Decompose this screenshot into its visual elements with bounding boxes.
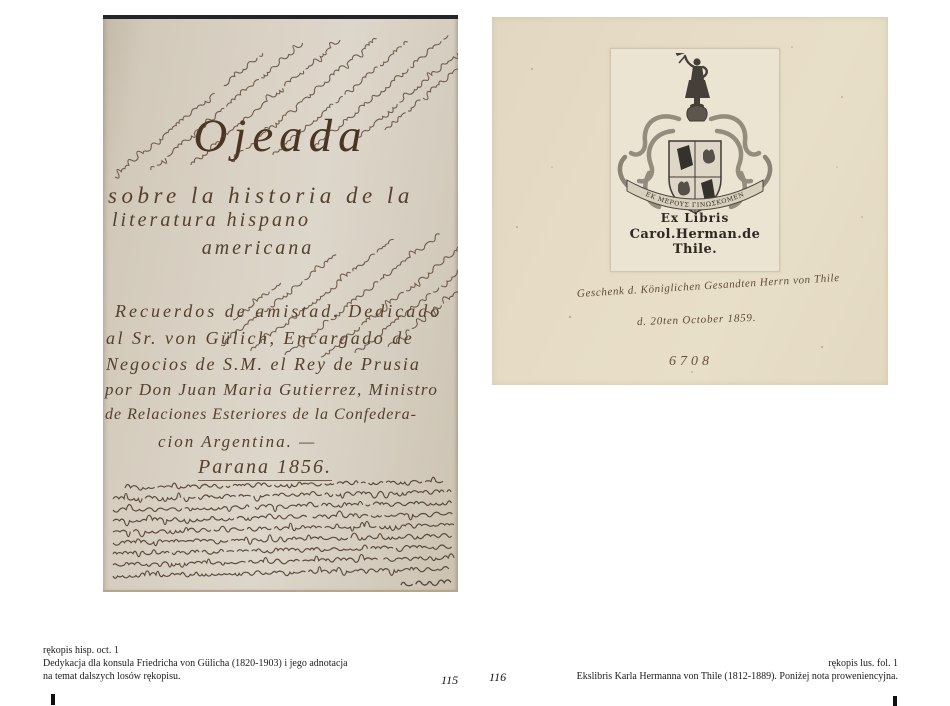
caption-right-text: Ekslibris Karla Hermanna von Thile (1812… — [577, 670, 898, 683]
shelf-number: 6708 — [669, 354, 713, 370]
middle-annotation-block — [219, 230, 458, 361]
coat-of-arms: ΕΚ ΜΕΡΟΥΣ ΓΙΝΩΣΚΟΜΕΝ — [615, 53, 775, 218]
bookplate: ΕΚ ΜΕΡΟΥΣ ΓΙΝΩΣΚΟΜΕΝ Ex Libris Carol.Her… — [610, 48, 780, 272]
top-annotation-block — [112, 33, 458, 180]
caption-left-shelfmark: rękopis hisp. oct. 1 — [43, 644, 348, 657]
charge-lion-2 — [678, 181, 690, 195]
page-number-116: 116 — [489, 670, 506, 685]
charge-lion-1 — [703, 149, 715, 163]
exlibris-label: Ex Libris — [610, 211, 780, 225]
print-mark-left — [51, 694, 55, 705]
caption-left: rękopis hisp. oct. 1 Dedykacja dla konsu… — [43, 644, 348, 684]
signature-scribble — [401, 580, 451, 588]
kurrent-annotations — [103, 15, 458, 592]
bookplate-photo: ΕΚ ΜΕΡΟΥΣ ΓΙΝΩΣΚΟΜΕΝ Ex Libris Carol.Her… — [492, 17, 888, 385]
book-page-spread: Ojeada sobre la historia de la literatur… — [0, 0, 950, 706]
caption-left-text-2: na temat dalszych losów rękopisu. — [43, 670, 348, 683]
crest-figure — [675, 53, 710, 109]
owner-name: Carol.Herman.de Thile. — [610, 227, 780, 257]
caption-right-shelfmark: rękopis lus. fol. 1 — [577, 657, 898, 670]
caption-right: rękopis lus. fol. 1 Ekslibris Karla Herm… — [577, 657, 898, 683]
lower-german-note — [113, 477, 454, 581]
page-number-115: 115 — [441, 673, 458, 688]
helm — [687, 106, 707, 122]
manuscript-photo: Ojeada sobre la historia de la literatur… — [103, 15, 458, 592]
caption-left-text-1: Dedykacja dla konsula Friedricha von Gül… — [43, 657, 348, 670]
print-mark-right — [893, 696, 897, 706]
